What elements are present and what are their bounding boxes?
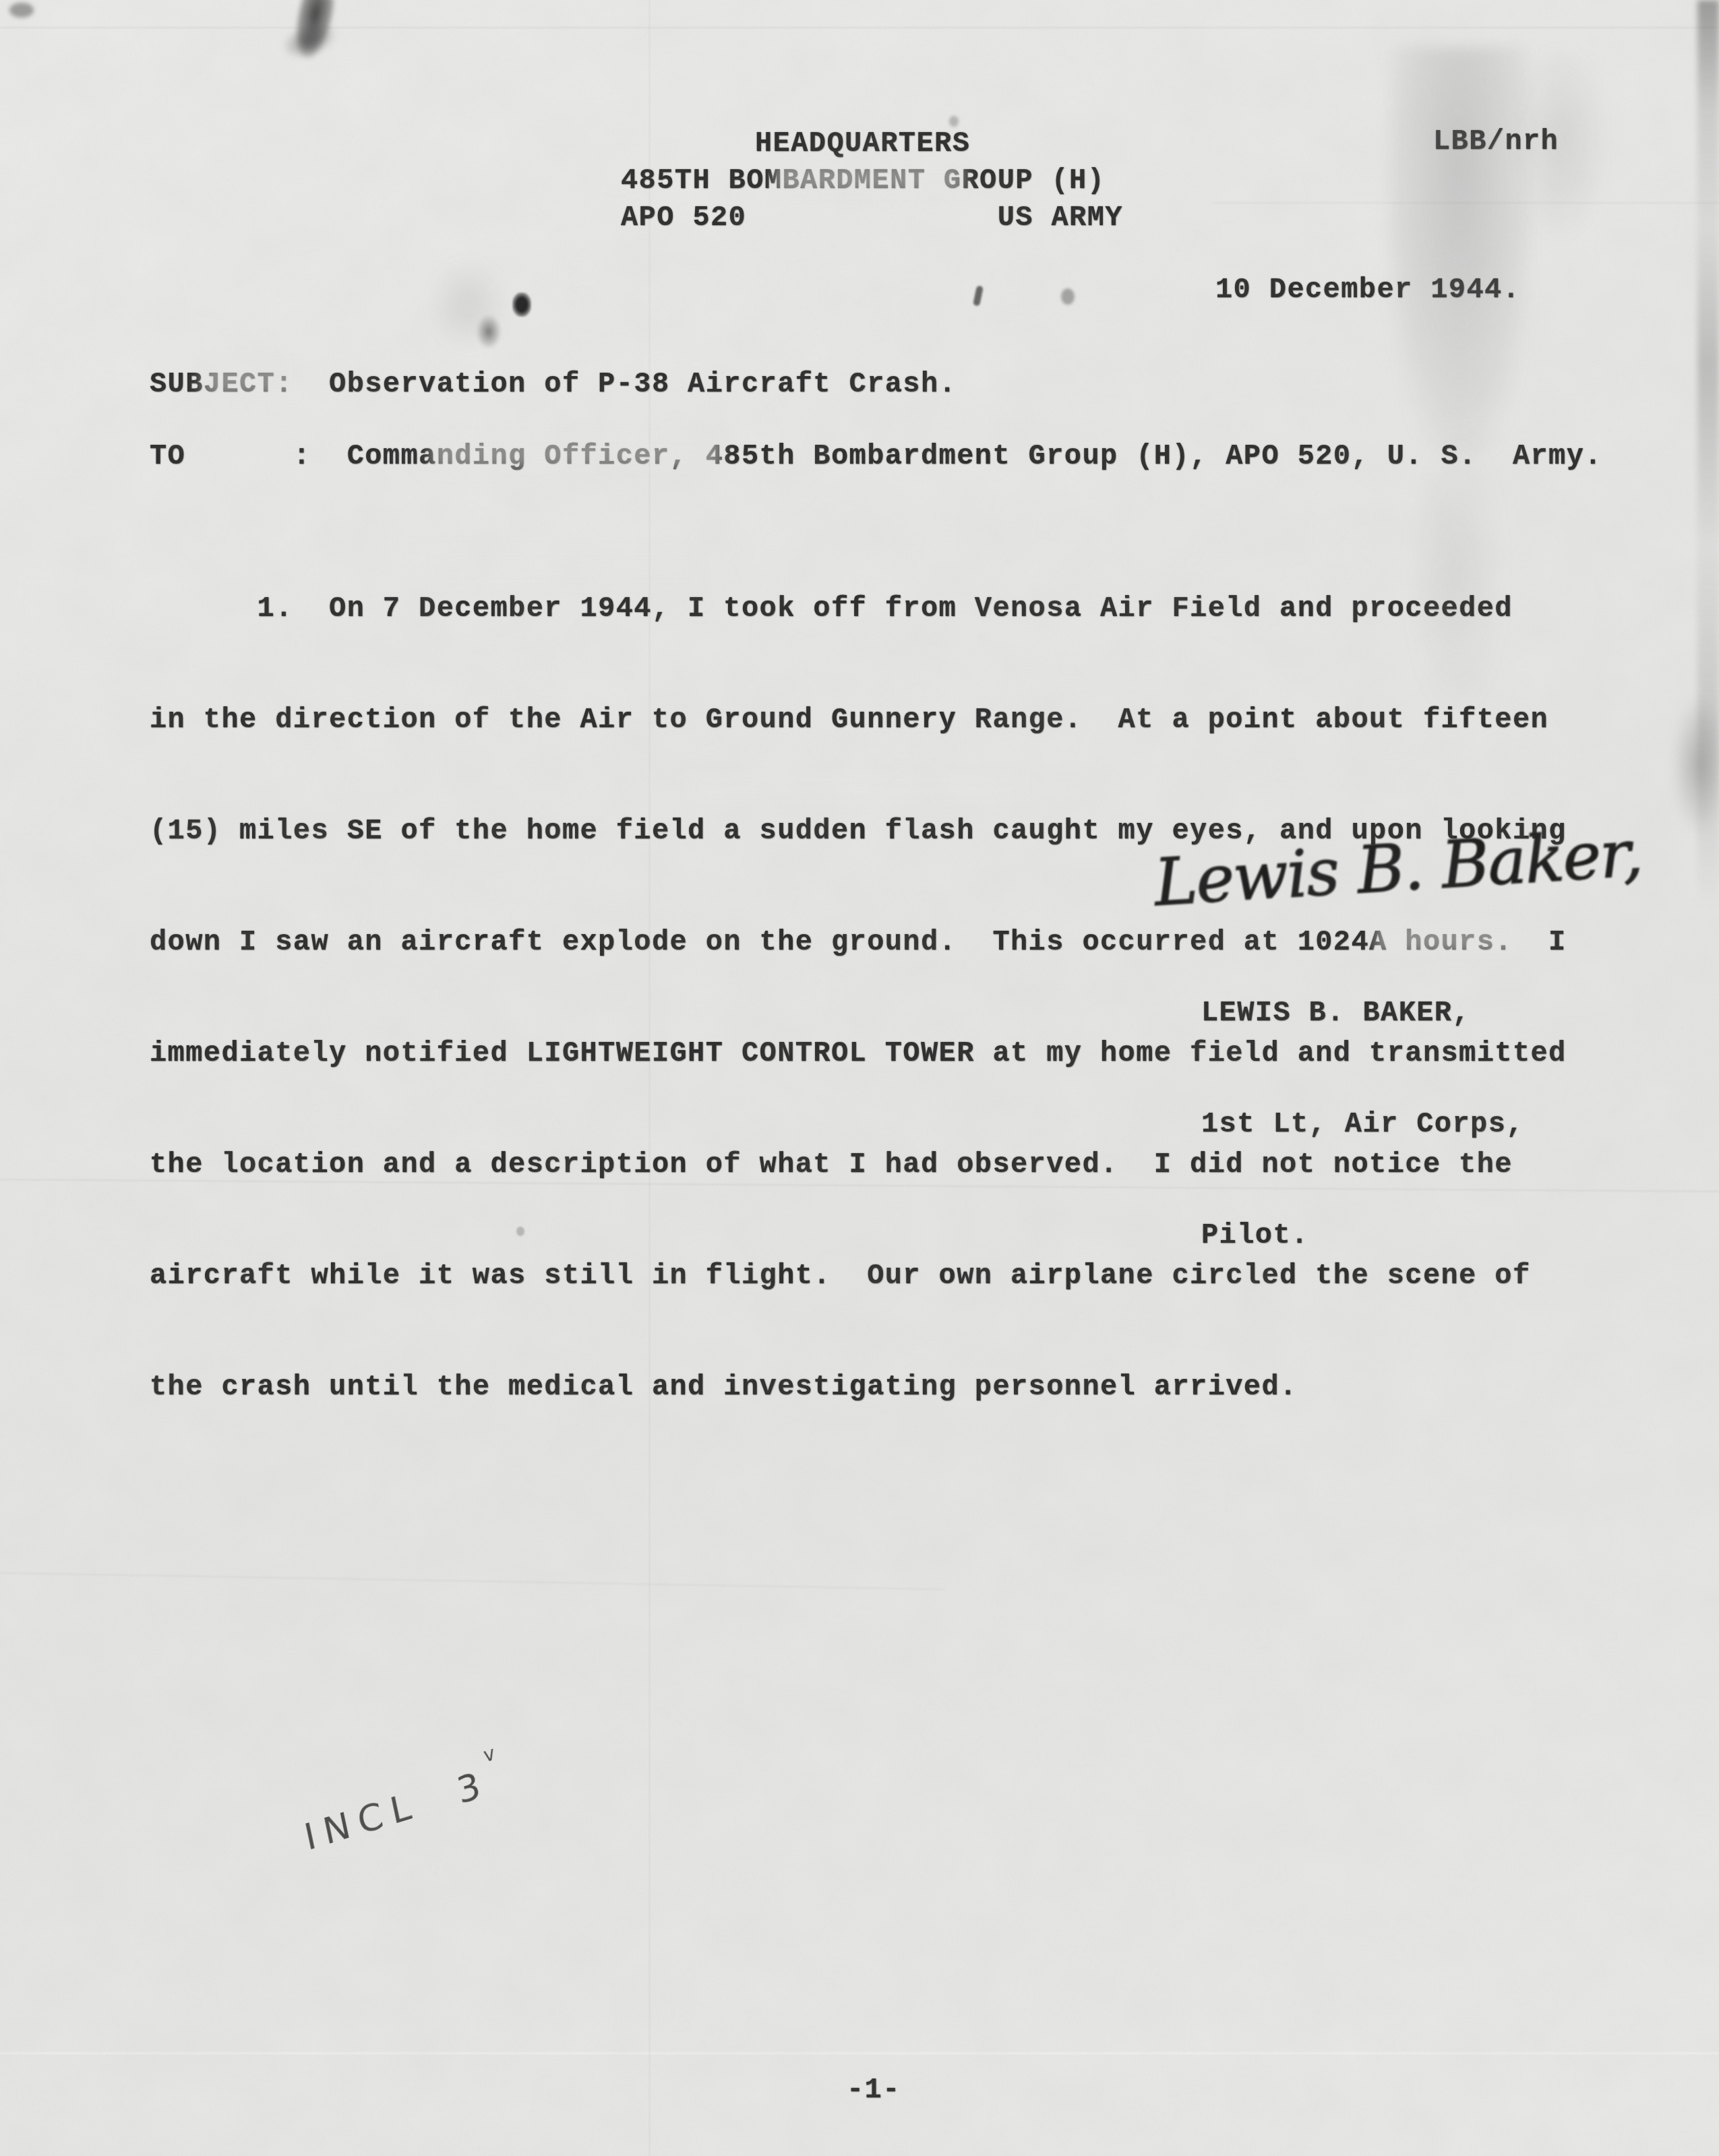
header-headquarters: HEADQUARTERS <box>755 125 970 162</box>
to-line: TO : Commanding Officer, 485th Bombardme… <box>150 438 1602 475</box>
page-number: -1- <box>847 2072 901 2109</box>
smudge <box>1389 47 1530 452</box>
paper-crease <box>0 27 1719 28</box>
body-line: 1. On 7 December 1944, I took off from V… <box>150 590 1567 627</box>
signature-rank: 1st Lt, Air Corps, <box>1201 1106 1524 1143</box>
reference-initials: LBB/nrh <box>1433 123 1559 160</box>
smudge <box>431 261 506 349</box>
ink-blot <box>276 16 342 66</box>
edge-strip <box>1697 0 1719 910</box>
header-unit: 485TH BOMBARDMENT GROUP (H) <box>621 162 1105 199</box>
body-line: the crash until the medical and investig… <box>150 1369 1567 1406</box>
paper-crease <box>1213 202 1719 204</box>
scanned-memo-page: LBB/nrh HEADQUARTERS 485TH BOMBARDMENT G… <box>0 0 1719 2156</box>
ink-smear <box>476 314 502 349</box>
date-line: 10 December 1944. <box>1215 272 1520 309</box>
ink-dot <box>512 292 531 317</box>
corner-speck <box>9 3 34 18</box>
speck <box>973 285 984 306</box>
header-apo-army: APO 520 US ARMY <box>621 199 1123 237</box>
paper-crease <box>0 2052 1719 2054</box>
handwritten-incl-annotation: INCL 3v <box>301 1758 503 1859</box>
signature-block: LEWIS B. BAKER, 1st Lt, Air Corps, Pilot… <box>1201 921 1524 1328</box>
subject-line: SUBJECT: Observation of P-38 Aircraft Cr… <box>150 366 957 403</box>
paper-crease <box>0 1572 944 1590</box>
incl-text: INCL 3 <box>301 1762 493 1859</box>
speck <box>1061 288 1075 305</box>
signature-role: Pilot. <box>1201 1217 1524 1254</box>
ink-blot <box>289 0 337 61</box>
signature-name: LEWIS B. BAKER, <box>1201 995 1524 1032</box>
body-line: in the direction of the Air to Ground Gu… <box>150 702 1567 739</box>
edge-smudge <box>1672 694 1719 836</box>
